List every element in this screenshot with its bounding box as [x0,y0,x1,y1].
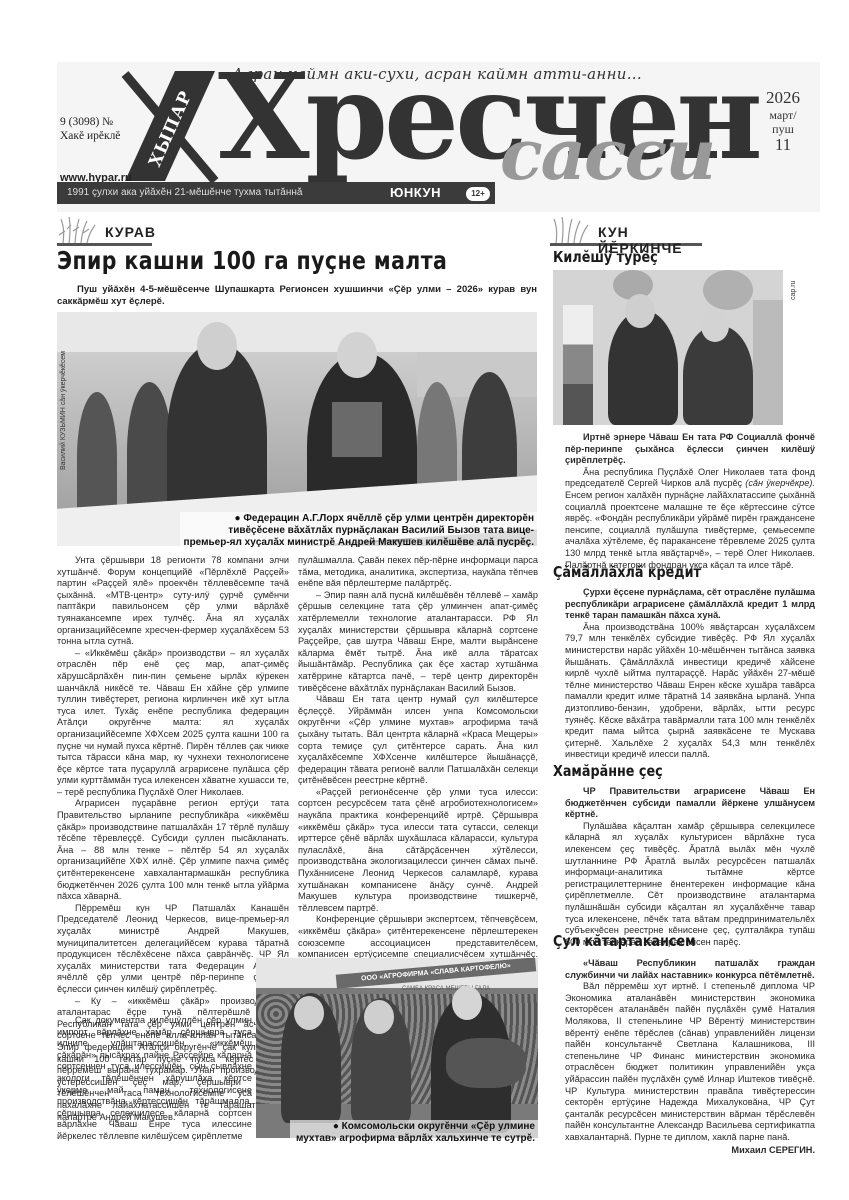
newspaper-subtitle: сасси [500,120,714,190]
person-head [701,310,729,342]
person-head [625,294,655,328]
sidebar-headline-3: Хамăрăнне çеç [553,762,663,780]
person-head [294,996,324,1030]
potato-sack [446,1038,526,1088]
rubric-kun-yerkinche: КУН ЙĔРКИНЧЕ [550,222,702,246]
paragraph: Вăл пĕрремĕш хут иртнĕ. I степеньлĕ дипл… [565,981,815,1143]
wheat-icon [57,217,97,243]
issue-date: 2026 март/ пуш 11 [752,88,814,154]
main-photo-signing [57,312,537,546]
paragraph: Аграрисен пуçарăвне регион ертÿçи тата П… [57,798,289,902]
section-lead: ЧР Правительстви аграрисене Чăваш Ен бюд… [565,786,815,821]
main-headline: Эпир кашни 100 га пуçне малта [57,246,447,276]
sidebar-section-2: Çурхи ĕçсене пурнăçлама, сĕт отраслĕне п… [565,587,815,761]
paragraph: – «Иккĕмĕш çăкăр» производстви – ял хуçа… [57,648,289,799]
person-head [337,332,377,378]
founded-text: 1991 çулхи ака уйăхĕн 21-мĕшĕнче тухма т… [67,187,302,198]
person-head [364,1000,394,1034]
person-head [197,322,237,370]
paragraph: пулăшмалла. Çавăн пекех пĕр-пĕрне информ… [298,555,538,590]
issue-price: Хакĕ ирĕклĕ [60,129,120,143]
sidebar-section-3: ЧР Правительстви аграрисене Чăваш Ен бюд… [565,786,815,948]
paragraph: «Раççей регионĕсенче çĕр улми туса илесс… [298,787,538,915]
secondary-photo-agrofirm: ООО «АГРОФИРМА «СЛАВА КАРТОФЕЛЮ» САМБА К… [256,958,538,1138]
sidebar-headline-2: Çăмăллăхлă кредит [553,563,701,581]
photo-ceiling [57,312,537,352]
flag-russia [563,305,593,425]
sidebar-headline-1: Килĕшÿ турĕç [553,248,658,266]
sidebar-photo-credit: cap.ru [790,281,797,300]
paragraph: Çак документпа килĕшÿллĕн çĕр улмин импо… [57,1015,252,1143]
hypar-logo-icon: ХЫПАР [115,66,225,186]
issue-day: 11 [752,136,814,154]
issue-month-chuvash: пуш [752,122,814,136]
sidebar-headline-4: Çул кăтартакансем [553,932,696,950]
paragraph: Ăна производствăна 100% явăçтарсан хуçал… [565,622,815,761]
emblem-icon [703,270,753,310]
rubric-kurav: КУРАВ [57,222,152,246]
paragraph: Ăна республика Пуçлăхĕ Олег Николаев тат… [565,467,815,571]
sidebar-section-1: Иртнĕ эрнере Чăваш Ен тата РФ Социаллă ф… [565,432,815,571]
issue-year: 2026 [752,88,814,108]
variety-labels: САМБА КРАСА МЕЩЕРЫ ГАЛА [356,984,536,994]
section-lead: «Чăваш Республикин патшалăх граждан служ… [565,958,815,981]
photo-reference: (сăн ÿкерчĕкре). [745,478,815,488]
issue-month: март/ [752,108,814,122]
main-lead: Пуш уйăхĕн 4-5-мĕшĕсенче Шупашкарта Реги… [57,284,537,308]
wheat-icon [550,217,590,243]
paragraph: – Эпир паян алă пуснă килĕшĕвĕн тĕллевĕ … [298,590,538,694]
sidebar-photo-signing [553,270,783,425]
person-figure [77,392,117,522]
text: Енсем регион халăхĕн пурнăçне лайăхлатас… [565,490,815,570]
secondary-photo-caption: ● Комсомольски округĕнчи «Çĕр улмине мух… [290,1120,538,1146]
weekday-label: ЮНКУН [390,184,441,202]
paragraph: Пĕрремĕш кун ЧР Патшалăх Канашĕн Председ… [57,903,289,996]
age-rating-badge: 12+ [466,187,490,201]
flag-chuvashia [753,300,783,425]
rubric-label: КУРАВ [105,224,156,240]
sidebar-section-4: «Чăваш Республикин патшалăх граждан служ… [565,958,815,1156]
photo-credit: Василий КУЗЬМИН сăн ÿкерчĕкĕсем [60,351,67,470]
article-column-1-continued: Çак документпа килĕшÿллĕн çĕр улмин импо… [57,1015,252,1143]
person-head [452,986,482,1020]
author-signature: Михаил СЕРЕГИН. [565,1145,815,1157]
issue-info: 9 (3098) № Хакĕ ирĕклĕ [60,115,120,143]
paragraph: Унта çĕршыври 18 регионти 78 компани элч… [57,555,289,648]
newspaper-page: Алран каймн аки-сухи, асран каймн атти-а… [0,0,849,1200]
section-lead: Иртнĕ эрнере Чăваш Ен тата РФ Социаллă ф… [565,432,815,467]
paragraph: Пулăшăва кăçалтан хамăр çĕршывра селекци… [565,821,815,949]
section-lead: Çурхи ĕçсене пурнăçлама, сĕт отраслĕне п… [565,587,815,622]
photo-caption: ● Федерацин А.Г.Лорх ячĕллĕ çĕр улми цен… [180,512,537,550]
issue-number: 9 (3098) № [60,115,120,129]
document-folder [332,402,382,457]
paragraph: Чăваш Ен тата центр нумай çул килĕштерсе… [298,694,538,787]
